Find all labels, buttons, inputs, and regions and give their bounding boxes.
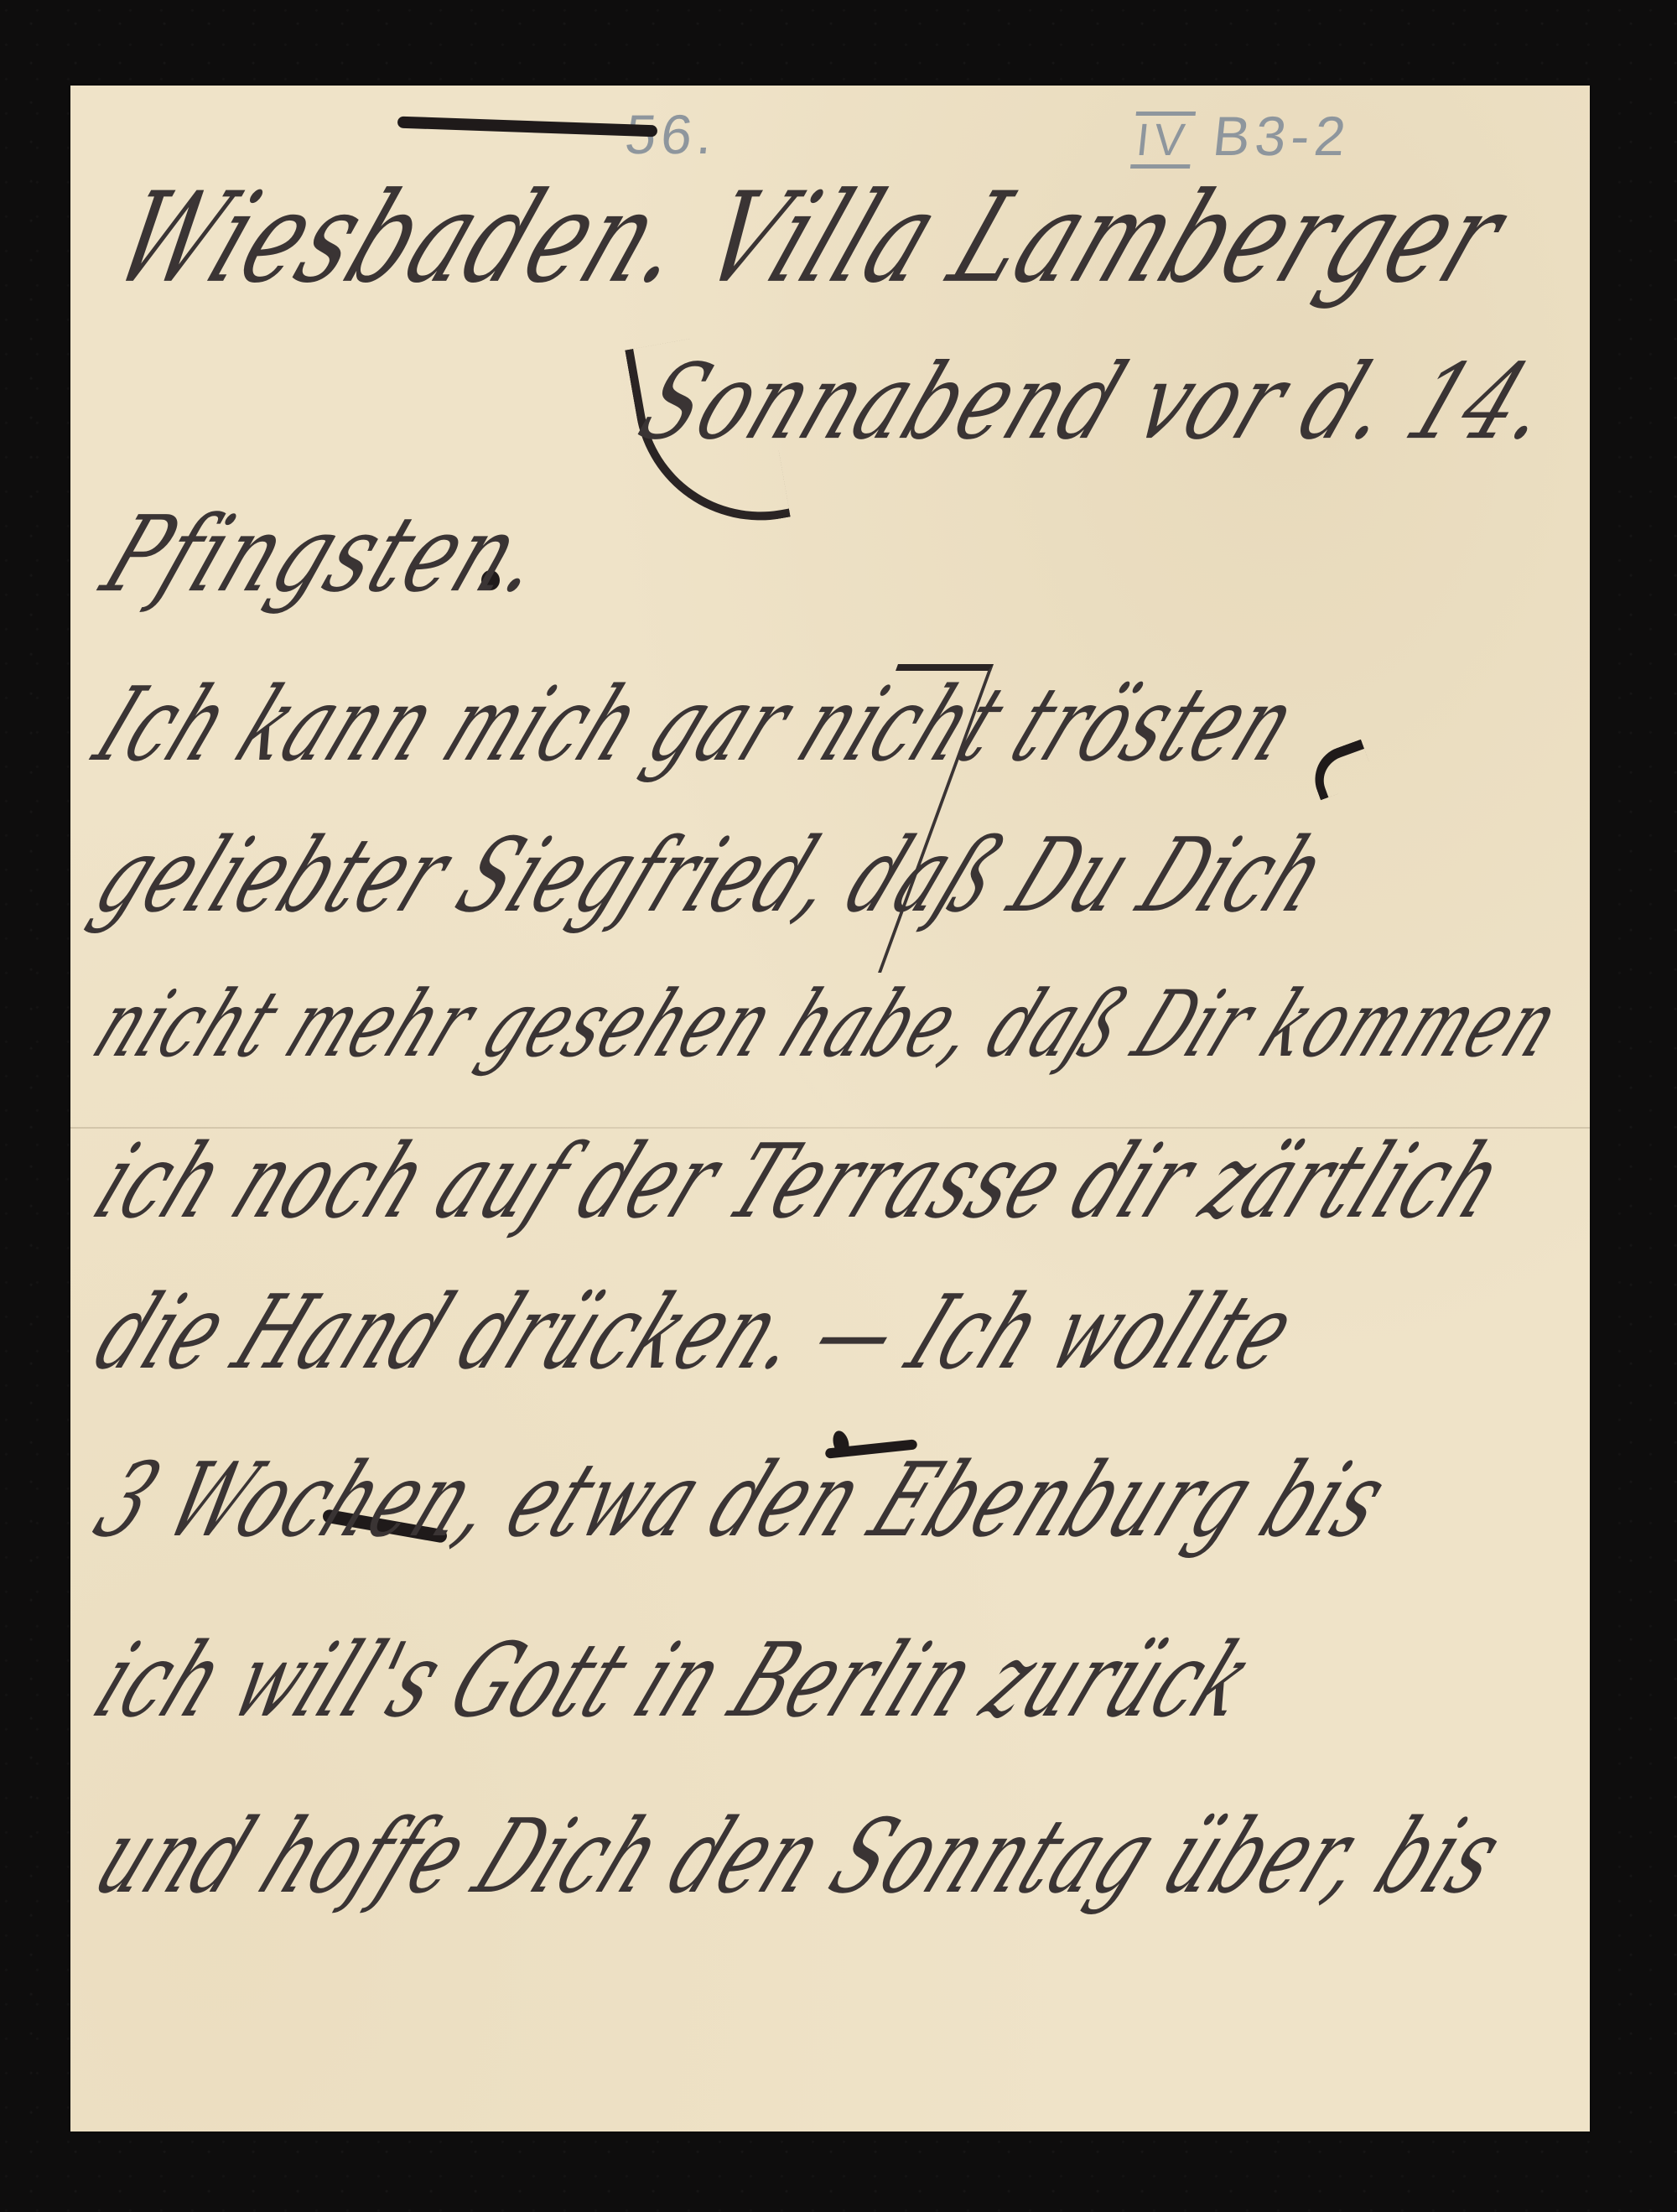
letter-page: 56. IVB3-2 Wiesbaden. Villa Lamberger So…: [70, 86, 1590, 2132]
letter-body-line: nicht mehr gesehen habe, daß Dir kommen: [79, 970, 1577, 1077]
archive-roman-numeral: IV: [1130, 112, 1196, 169]
letter-place-line: Wiesbaden. Villa Lamberger: [96, 165, 1525, 310]
archive-reference-code: B3-2: [1210, 105, 1353, 167]
letter-body-line: ich noch auf der Terrasse dir zärtlich: [79, 1122, 1523, 1241]
letter-body-line: und hoffe Dich den Sonntag über, bis: [79, 1797, 1521, 1916]
letter-body-line: ich will's Gott in Berlin zurück: [79, 1621, 1273, 1740]
ink-flourish-curl: [1306, 740, 1376, 801]
letter-body-line: geliebter Siegfried, daß Du Dich: [79, 816, 1346, 935]
letter-body-line: Ich kann mich gar nicht trösten: [79, 665, 1316, 784]
letter-occasion-line: Pfingsten.: [87, 493, 565, 615]
letter-body-line: die Hand drücken. — Ich wollte: [79, 1273, 1314, 1392]
archive-reference: IVB3-2: [1130, 104, 1354, 169]
letter-body-line: 3 Wochen, etwa den Ebenburg bis: [79, 1441, 1406, 1560]
letter-date-line: Sonnabend vor d. 14.: [624, 343, 1571, 463]
ink-flourish-top: [397, 117, 657, 138]
